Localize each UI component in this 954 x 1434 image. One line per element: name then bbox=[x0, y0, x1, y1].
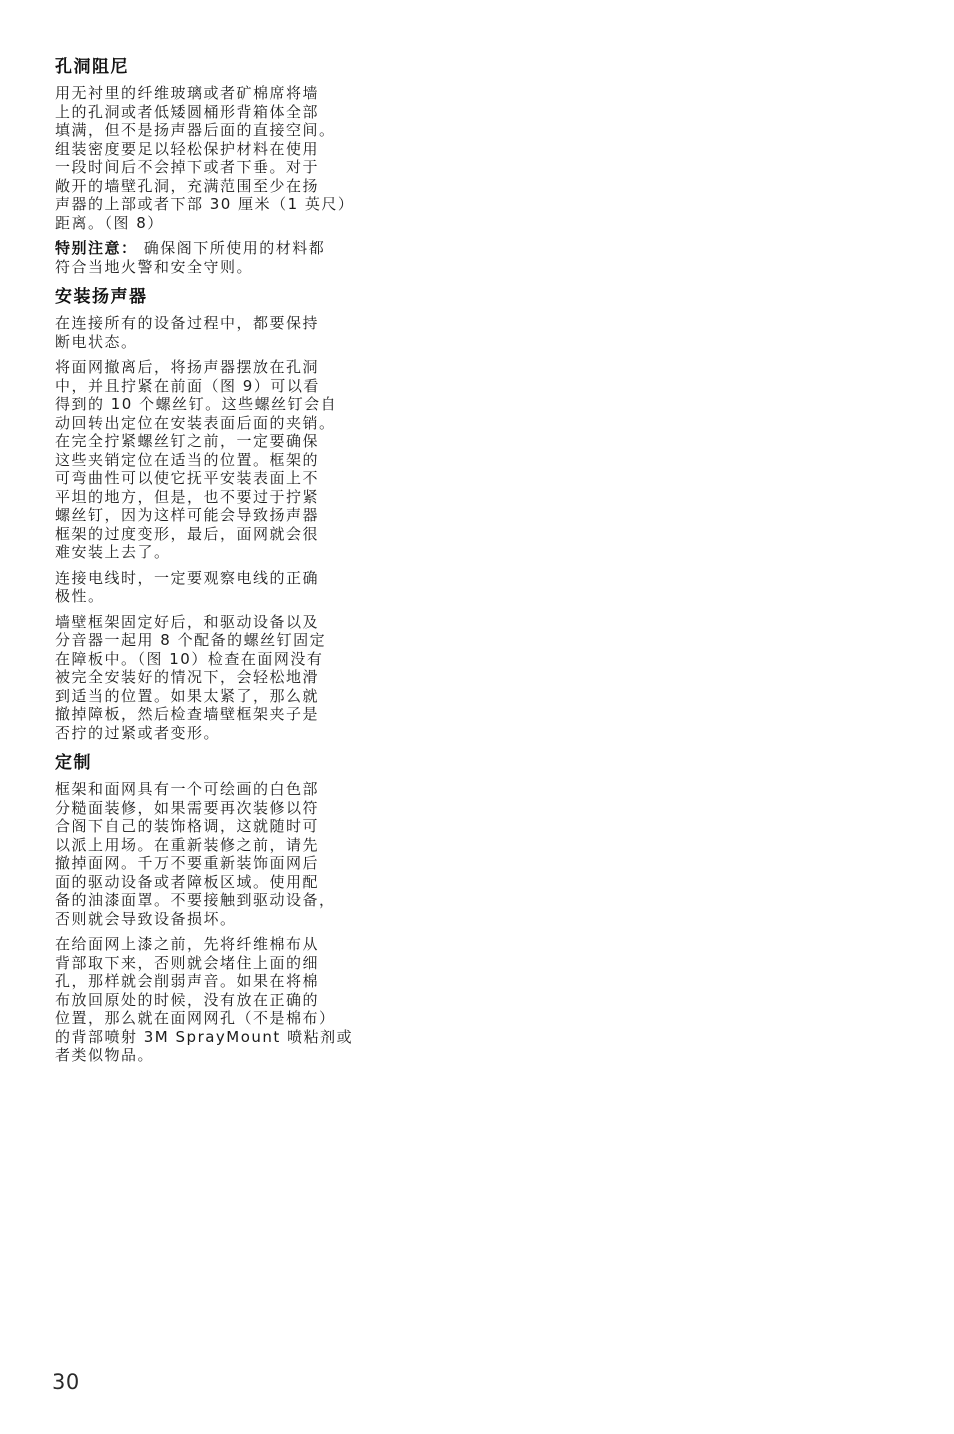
paragraph: 框架和面网具有一个可绘画的白色部 分糙面装修，如果需要再次装修以符 合阁下自己的… bbox=[55, 780, 365, 928]
content-column: 孔洞阻尼用无衬里的纤维玻璃或者矿棉席将墙 上的孔洞或者低矮圆桶形背箱体全部 填满… bbox=[55, 46, 365, 1072]
paragraph: 特别注意： 确保阁下所使用的材料都 符合当地火警和安全守则。 bbox=[55, 239, 365, 276]
paragraph: 在给面网上漆之前，先将纤维棉布从 背部取下来，否则就会堵住上面的细 孔，那样就会… bbox=[55, 935, 365, 1065]
section-heading: 孔洞阻尼 bbox=[55, 56, 365, 78]
paragraph: 用无衬里的纤维玻璃或者矿棉席将墙 上的孔洞或者低矮圆桶形背箱体全部 填满，但不是… bbox=[55, 84, 365, 232]
paragraph-bold-lead: 特别注意： bbox=[55, 239, 138, 257]
page-number: 30 bbox=[52, 1370, 80, 1394]
paragraph: 墙壁框架固定好后，和驱动设备以及 分音器一起用 8 个配备的螺丝钉固定 在障板中… bbox=[55, 613, 365, 743]
paragraph: 在连接所有的设备过程中，都要保持 断电状态。 bbox=[55, 314, 365, 351]
manual-page: 孔洞阻尼用无衬里的纤维玻璃或者矿棉席将墙 上的孔洞或者低矮圆桶形背箱体全部 填满… bbox=[0, 0, 954, 1434]
section-heading: 安装扬声器 bbox=[55, 286, 365, 308]
paragraph: 连接电线时，一定要观察电线的正确 极性。 bbox=[55, 569, 365, 606]
section-heading: 定制 bbox=[55, 752, 365, 774]
paragraph: 将面网撤离后，将扬声器摆放在孔洞 中，并且拧紧在前面（图 9）可以看 得到的 1… bbox=[55, 358, 365, 562]
